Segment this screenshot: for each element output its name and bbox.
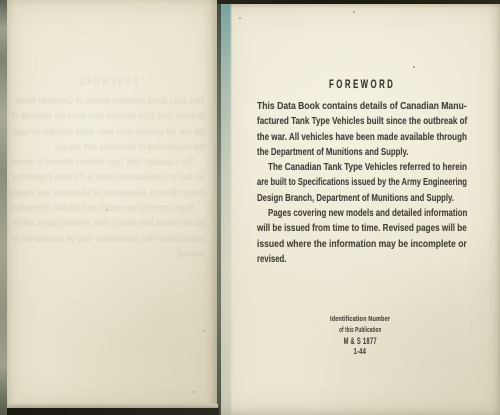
foreword-heading: FOREWORD — [257, 78, 467, 92]
gutter-shadow — [220, 4, 231, 415]
identification-label: of this Publication — [257, 326, 463, 337]
identification-label: Identification Number — [257, 315, 463, 326]
foreword-body: This Data Book contains details of Canad… — [257, 99, 468, 267]
foreword-line: The Canadian Tank Type Vehicles referred… — [257, 160, 468, 175]
foreword-line: are built to Specifications issued by th… — [257, 175, 468, 190]
identification-block: Identification Number of this Publicatio… — [257, 315, 463, 357]
foreword-line: the war. All vehicles have been made ava… — [257, 130, 468, 145]
foreword-line: the Department of Munitions and Supply. — [257, 145, 468, 160]
date-code: 1-44 — [257, 347, 463, 358]
page-gutter — [217, 0, 221, 415]
book-photo: FOREWORD This Data Book contains details… — [0, 0, 500, 415]
dust-speck — [239, 17, 241, 19]
foreword-line: will be issued from time to time. Revise… — [257, 221, 468, 236]
book-cover-edge-bottom — [0, 408, 219, 415]
foreword-line: This Data Book contains details of Canad… — [257, 99, 468, 114]
dust-speck — [193, 391, 195, 393]
dust-speck — [203, 330, 205, 332]
publication-number: M & S 1877 — [257, 336, 463, 347]
dust-speck — [413, 66, 415, 68]
foreword-line: factured Tank Type Vehicles built since … — [257, 114, 468, 129]
book-cover-edge-left — [0, 0, 7, 415]
left-page: FOREWORD This Data Book contains details… — [7, 0, 218, 407]
foreword-line: Design Branch, Department of Munitions a… — [257, 191, 468, 206]
foreword-line: Pages covering new models and detailed i… — [257, 206, 468, 221]
dust-speck — [106, 209, 108, 211]
foreword-line: issued where the information may be inco… — [257, 237, 468, 252]
bleedthrough-heading: FOREWORD — [77, 74, 137, 90]
book-cover-edge-top — [217, 0, 500, 4]
foreword-line: revised. — [257, 252, 468, 267]
dust-speck — [353, 11, 355, 13]
bleedthrough-text: FOREWORD This Data Book contains details… — [9, 74, 205, 262]
